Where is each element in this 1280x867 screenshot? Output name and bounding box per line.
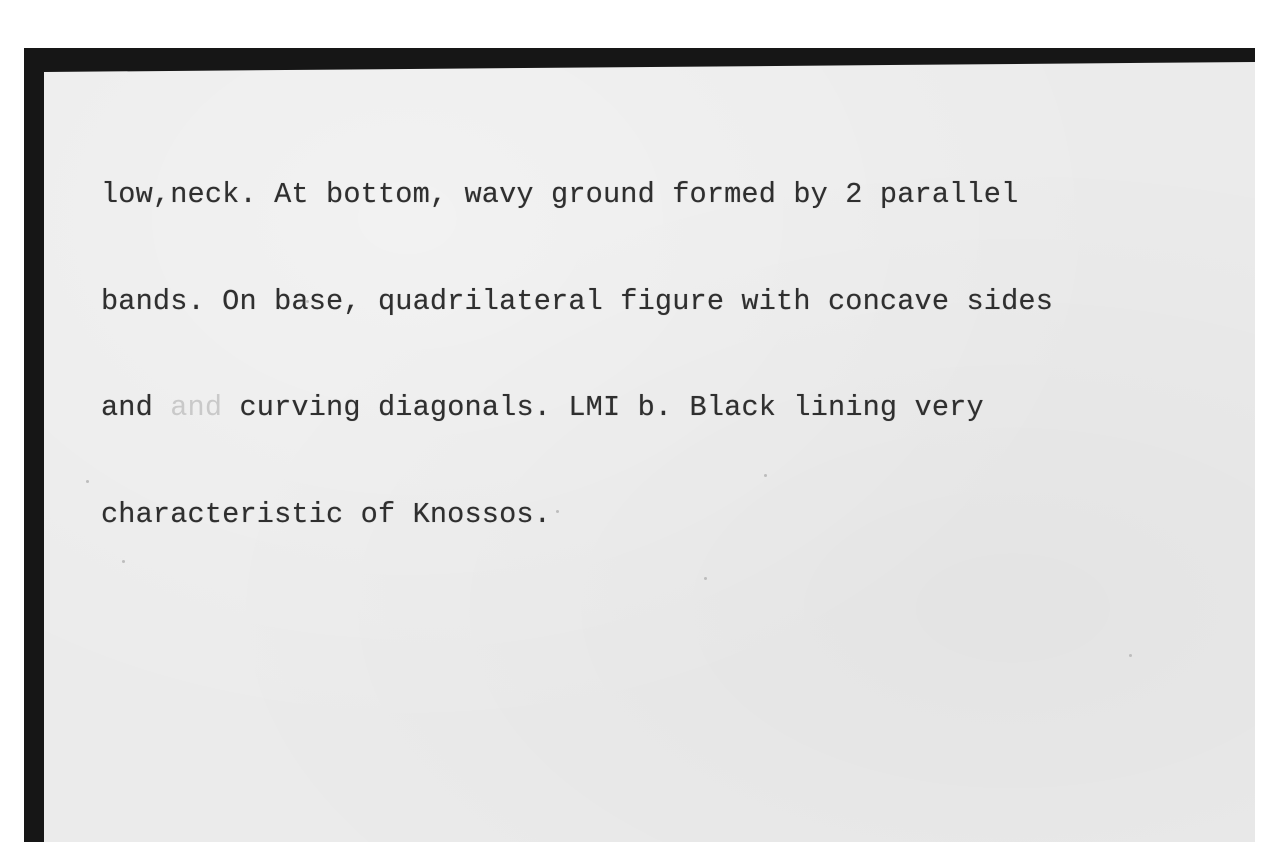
text-line-3-start: and [101,391,170,424]
text-line-2: bands. On base, quadrilateral figure wit… [101,284,1053,320]
paper-speck [86,480,89,483]
paper-speck [1129,654,1132,657]
paper-speck [704,577,707,580]
text-line-3-end: curving diagonals. LMI b. Black lining v… [240,391,984,424]
text-line-4: characteristic of Knossos. [101,497,1053,533]
erased-text: and [170,391,239,424]
text-line-1: low,neck. At bottom, wavy ground formed … [101,177,1053,213]
typed-card-text: low,neck. At bottom, wavy ground formed … [101,106,1053,568]
text-line-3: and and curving diagonals. LMI b. Black … [101,390,1053,426]
